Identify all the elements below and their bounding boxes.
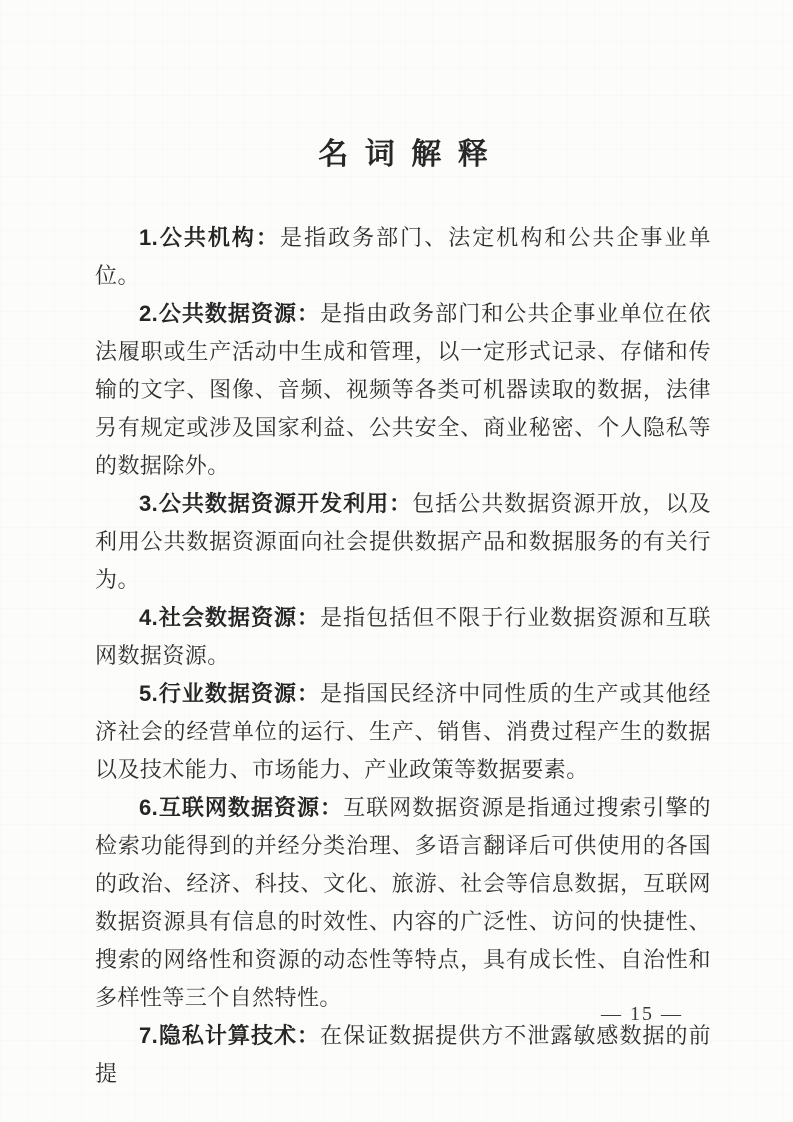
- term-label-1: 1.公共机构：: [139, 225, 280, 250]
- page-number: — 15 —: [601, 1001, 683, 1027]
- definition-item-5: 5.行业数据资源：是指国民经济中同性质的生产或其他经济社会的经营单位的运行、生产…: [95, 675, 711, 789]
- term-definition-2: 是指由政务部门和公共企事业单位在依法履职或生产活动中生成和管理，以一定形式记录、…: [95, 301, 711, 478]
- definition-item-6: 6.互联网数据资源：互联网数据资源是指通过搜索引擎的检索功能得到的并经分类治理、…: [95, 789, 711, 1017]
- definition-item-7: 7.隐私计算技术：在保证数据提供方不泄露敏感数据的前提: [95, 1017, 711, 1093]
- document-page: 名词解释 1.公共机构：是指政务部门、法定机构和公共企事业单位。 2.公共数据资…: [0, 0, 793, 1122]
- definition-item-1: 1.公共机构：是指政务部门、法定机构和公共企事业单位。: [95, 219, 711, 295]
- term-label-5: 5.行业数据资源：: [139, 681, 320, 706]
- term-label-3: 3.公共数据资源开发利用：: [139, 491, 412, 516]
- term-label-7: 7.隐私计算技术：: [139, 1023, 320, 1048]
- term-definition-6: 互联网数据资源是指通过搜索引擎的检索功能得到的并经分类治理、多语言翻译后可供使用…: [95, 795, 711, 1010]
- document-content: 名词解释 1.公共机构：是指政务部门、法定机构和公共企事业单位。 2.公共数据资…: [95, 0, 711, 1093]
- definitions-list: 1.公共机构：是指政务部门、法定机构和公共企事业单位。 2.公共数据资源：是指由…: [95, 219, 711, 1093]
- definition-item-4: 4.社会数据资源：是指包括但不限于行业数据资源和互联网数据资源。: [95, 599, 711, 675]
- term-label-4: 4.社会数据资源：: [139, 605, 320, 630]
- term-label-2: 2.公共数据资源：: [139, 301, 320, 326]
- definition-item-2: 2.公共数据资源：是指由政务部门和公共企事业单位在依法履职或生产活动中生成和管理…: [95, 295, 711, 485]
- term-label-6: 6.互联网数据资源：: [139, 795, 343, 820]
- document-title: 名词解释: [95, 138, 711, 172]
- definition-item-3: 3.公共数据资源开发利用：包括公共数据资源开放，以及利用公共数据资源面向社会提供…: [95, 485, 711, 599]
- document-title-text: 名词解释: [318, 138, 504, 171]
